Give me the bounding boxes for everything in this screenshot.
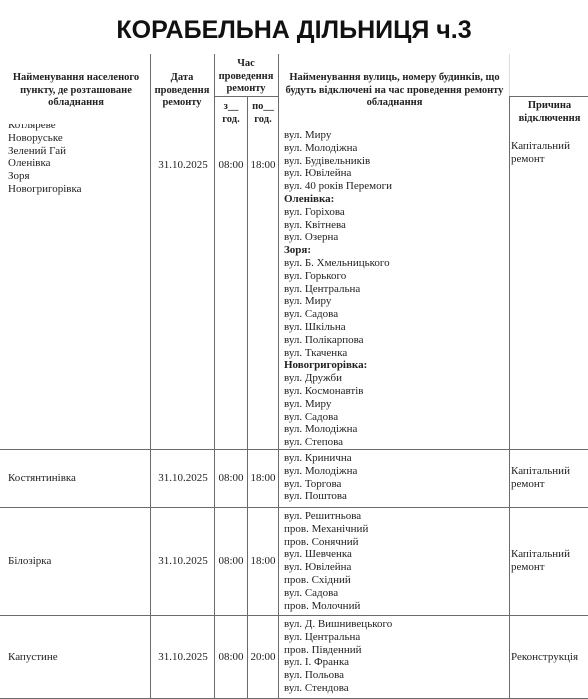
- street-name: вул. Садова: [284, 308, 507, 321]
- grid-line: [278, 126, 279, 449]
- street-name: вул. Дружби: [284, 372, 507, 385]
- street-name: вул. І. Франка: [284, 656, 507, 669]
- grid-line: [509, 54, 510, 96]
- time-to-cell: 20:00: [248, 651, 278, 664]
- grid-line: [150, 507, 151, 615]
- street-name: вул. Озерна: [284, 231, 507, 244]
- street-name: вул. Б. Хмельницького: [284, 257, 507, 270]
- reason-cell: Реконструкція: [511, 651, 588, 664]
- street-name: пров. Механічний: [284, 523, 507, 536]
- street-name: вул. Горіхова: [284, 206, 507, 219]
- grid-line: [278, 54, 279, 126]
- street-name: вул. Поштова: [284, 490, 507, 503]
- date-cell: 31.10.2025: [152, 159, 214, 172]
- time-to-cell: 18:00: [248, 159, 278, 172]
- street-name: вул. Ювілейна: [284, 561, 507, 574]
- reason-cell: Капітальнийремонт: [511, 548, 588, 574]
- grid-line: [214, 126, 215, 449]
- street-name: вул. 40 років Перемоги: [284, 180, 507, 193]
- street-name: вул. Молодіжна: [284, 423, 507, 436]
- streets-cell: вул. Решитньовапров. Механічнийпров. Сон…: [284, 510, 507, 612]
- street-name: вул. Польова: [284, 669, 507, 682]
- grid-line: [509, 449, 510, 507]
- settlement-name: Оленівка: [8, 157, 148, 170]
- street-name: вул. Шкільна: [284, 321, 507, 334]
- settlement-name: Зелений Гай: [8, 145, 148, 158]
- street-name: вул. Полікарпова: [284, 334, 507, 347]
- time-from-cell: 08:00: [215, 555, 247, 568]
- row-divider: [0, 449, 588, 450]
- header-time-to: по__ год.: [249, 101, 277, 126]
- header-time-from: з__ год.: [219, 101, 243, 126]
- grid-line: [509, 126, 510, 449]
- time-from-cell: 08:00: [215, 159, 247, 172]
- street-name: вул. Ювілейна: [284, 167, 507, 180]
- grid-line: [247, 126, 248, 449]
- header-settlement: Найменування населеного пункту, де розта…: [4, 72, 148, 110]
- street-name: вул. Горького: [284, 270, 507, 283]
- street-name: вул. Степова: [284, 436, 507, 449]
- grid-line: [278, 449, 279, 507]
- settlement-name: Новоруське: [8, 132, 148, 145]
- locality-heading: Зоря:: [284, 244, 507, 257]
- street-name: вул. Садова: [284, 587, 507, 600]
- street-name: вул. Центральна: [284, 283, 507, 296]
- grid-line: [509, 96, 588, 97]
- grid-line: [509, 507, 510, 615]
- street-name: вул. Садова: [284, 411, 507, 424]
- street-name: вул. Кринична: [284, 452, 507, 465]
- date-cell: 31.10.2025: [152, 555, 214, 568]
- street-name: вул. Космонавтів: [284, 385, 507, 398]
- reason-text: Капітальний: [511, 548, 588, 561]
- street-name: вул. Будівельників: [284, 155, 507, 168]
- header-date: Дата проведення ремонту: [152, 72, 212, 110]
- row-divider: [0, 615, 588, 616]
- reason-cell: Капітальнийремонт: [511, 465, 588, 491]
- street-name: вул. Шевченка: [284, 548, 507, 561]
- grid-line: [247, 96, 248, 126]
- streets-cell: вул. Д. Вишнивецькоговул. Центральнапров…: [284, 618, 507, 695]
- reason-text: Капітальний: [511, 465, 588, 478]
- reason-text: Капітальний: [511, 140, 588, 153]
- header-time-group: Час проведення ремонту: [215, 58, 277, 96]
- street-name: вул. Торгова: [284, 478, 507, 491]
- street-name: вул. Миру: [284, 129, 507, 142]
- reason-text: ремонт: [511, 153, 588, 166]
- grid-line: [509, 615, 510, 699]
- street-name: вул. Решитньова: [284, 510, 507, 523]
- time-from-cell: 08:00: [215, 472, 247, 485]
- reason-text: ремонт: [511, 478, 588, 491]
- street-name: вул. Ткаченка: [284, 347, 507, 360]
- date-cell: 31.10.2025: [152, 651, 214, 664]
- street-name: вул. Центральна: [284, 631, 507, 644]
- street-name: пров. Сонячний: [284, 536, 507, 549]
- row-divider: [0, 507, 588, 508]
- settlement-name: Новогригорівка: [8, 183, 148, 196]
- street-name: вул. Д. Вишнивецького: [284, 618, 507, 631]
- settlement-name: Зоря: [8, 170, 148, 183]
- settlement-cell: Капустине: [8, 651, 148, 664]
- time-to-cell: 18:00: [248, 472, 278, 485]
- reason-text: Реконструкція: [511, 651, 588, 664]
- street-name: вул. Молодіжна: [284, 465, 507, 478]
- grid-line: [150, 54, 151, 126]
- streets-cell: вул. Мирувул. Молодіжнавул. Будівельникі…: [284, 129, 507, 449]
- settlement-cell: Білозірка: [8, 555, 148, 568]
- street-name: вул. Стендова: [284, 682, 507, 695]
- street-name: вул. Миру: [284, 295, 507, 308]
- locality-heading: Новогригорівка:: [284, 359, 507, 372]
- settlement-cell: КотляревеНоворуськеЗелений ГайОленівкаЗо…: [8, 119, 148, 442]
- street-name: вул. Миру: [284, 398, 507, 411]
- street-name: вул. Молодіжна: [284, 142, 507, 155]
- street-name: пров. Південний: [284, 644, 507, 657]
- settlement-name: Котляреве: [8, 119, 148, 132]
- street-name: пров. Молочний: [284, 600, 507, 613]
- date-cell: 31.10.2025: [152, 472, 214, 485]
- header-reason: Причина відключення: [511, 100, 588, 125]
- grid-line: [150, 615, 151, 699]
- grid-line: [150, 449, 151, 507]
- locality-heading: Оленівка:: [284, 193, 507, 206]
- page-title: КОРАБЕЛЬНА ДІЛЬНИЦЯ ч.3: [0, 16, 588, 45]
- reason-text: ремонт: [511, 561, 588, 574]
- reason-cell: Капітальнийремонт: [511, 140, 588, 166]
- time-from-cell: 08:00: [215, 651, 247, 664]
- street-name: пров. Східний: [284, 574, 507, 587]
- streets-cell: вул. Криничнавул. Молодіжнавул. Торговав…: [284, 452, 507, 503]
- header-streets: Найменування вулиць, номеру будинків, що…: [282, 72, 507, 110]
- grid-line: [150, 126, 151, 449]
- grid-line: [278, 615, 279, 699]
- settlement-cell: Костянтинівка: [8, 472, 148, 485]
- grid-line: [278, 507, 279, 615]
- time-to-cell: 18:00: [248, 555, 278, 568]
- grid-line: [214, 96, 278, 97]
- street-name: вул. Квітнева: [284, 219, 507, 232]
- grid-line: [509, 96, 510, 126]
